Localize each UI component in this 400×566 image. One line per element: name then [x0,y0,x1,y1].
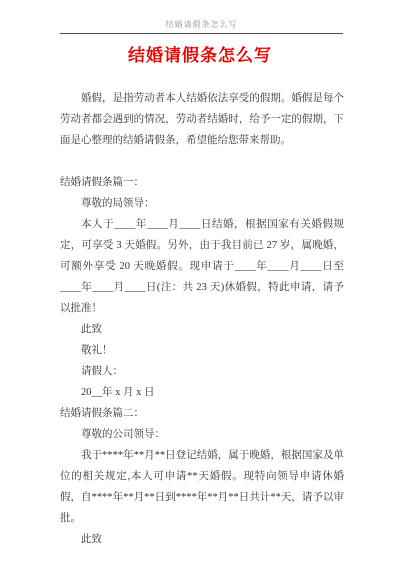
letter-line: 20__年 x 月 x 日 [60,382,344,403]
letter-section: 结婚请假条篇一：尊敬的局领导：本人于____年____月____日结婚，根据国家… [60,172,344,403]
letter-paragraph: 本人于____年____月____日结婚，根据国家有关婚假规定，可享受 3 天婚… [60,214,344,319]
page-title: 结婚请假条怎么写 [40,43,360,68]
letter-line: 此致 [60,319,344,340]
letter-line: 请假人： [60,361,344,382]
letter-line: 尊敬的局领导： [60,193,344,214]
section-heading: 结婚请假条篇二： [60,403,344,424]
page-header: 结婚请假条怎么写 [60,20,343,34]
letter-line: 敬礼！ [60,340,344,361]
header-title: 结婚请假条怎么写 [60,20,343,30]
intro-paragraph: 婚假，是指劳动者本人结婚依法享受的假期。婚假是每个劳动者都会遇到的情况，劳动者结… [60,88,344,151]
letter-paragraph: 我于****年**月**日登记结婚，属于晚婚，根据国家及单位的相关规定,本人可申… [60,445,344,529]
document-body: 婚假，是指劳动者本人结婚依法享受的假期。婚假是每个劳动者都会遇到的情况，劳动者结… [60,88,344,550]
letter-section: 结婚请假条篇二：尊敬的公司领导：我于****年**月**日登记结婚，属于晚婚，根… [60,403,344,550]
section-heading: 结婚请假条篇一： [60,172,344,193]
letter-line: 尊敬的公司领导： [60,424,344,445]
letter-line: 此致 [60,529,344,550]
document-page: 结婚请假条怎么写 结婚请假条怎么写 婚假，是指劳动者本人结婚依法享受的假期。婚假… [0,0,400,566]
sections: 结婚请假条篇一：尊敬的局领导：本人于____年____月____日结婚，根据国家… [60,172,344,550]
